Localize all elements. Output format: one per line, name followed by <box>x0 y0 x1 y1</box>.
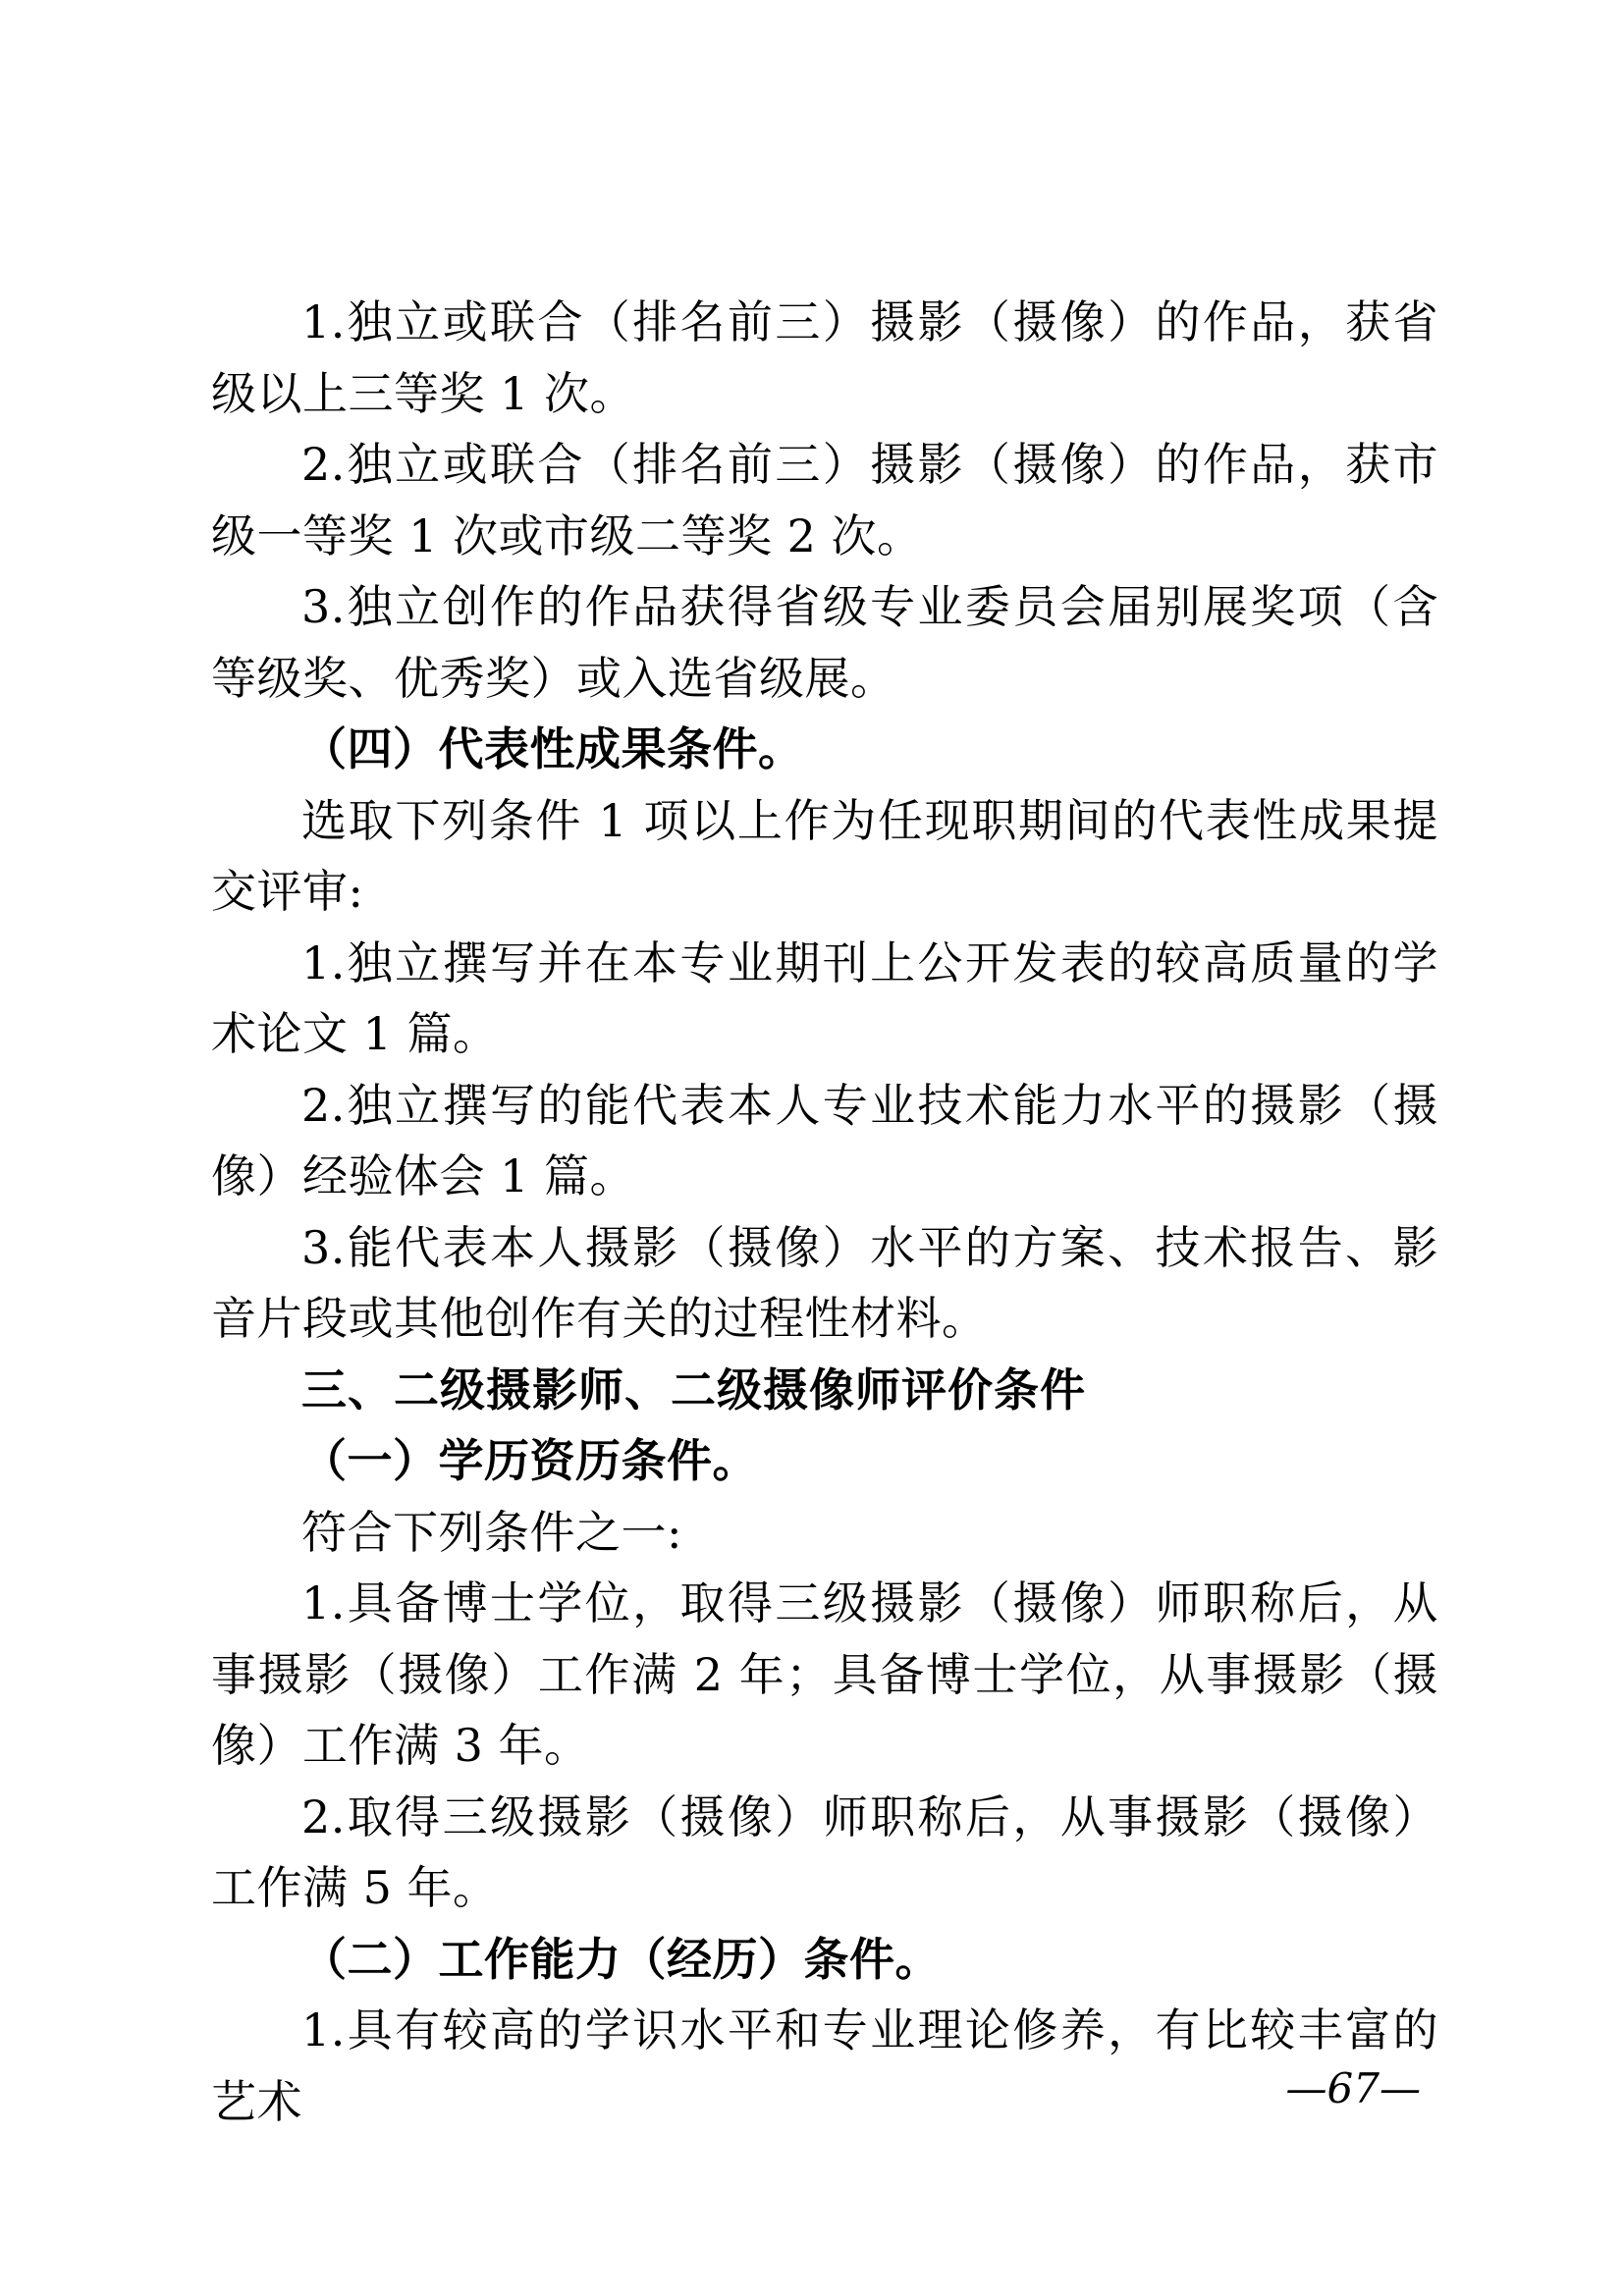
chapter-heading: 三、二级摄影师、二级摄像师评价条件 <box>211 1355 1438 1426</box>
numbered-item: 2.独立或联合（排名前三）摄影（摄像）的作品，获市级一等奖 1 次或市级二等奖 … <box>211 429 1438 571</box>
body-paragraph: 符合下列条件之一: <box>211 1497 1438 1569</box>
numbered-item: 2.取得三级摄影（摄像）师职称后，从事摄影（摄像）工作满 5 年。 <box>211 1782 1438 1924</box>
page-number: —67— <box>1286 2059 1421 2118</box>
numbered-item: 3.独立创作的作品获得省级专业委员会届别展奖项（含等级奖、优秀奖）或入选省级展。 <box>211 571 1438 714</box>
body-paragraph: 选取下列条件 1 项以上作为任现职期间的代表性成果提交评审: <box>211 785 1438 928</box>
section-heading: （四）代表性成果条件。 <box>211 714 1438 785</box>
numbered-item: 1.独立撰写并在本专业期刊上公开发表的较高质量的学术论文 1 篇。 <box>211 928 1438 1070</box>
document-page: 1.独立或联合（排名前三）摄影（摄像）的作品，获省级以上三等奖 1 次。 2.独… <box>0 0 1623 2296</box>
numbered-item: 2.独立撰写的能代表本人专业技术能力水平的摄影（摄像）经验体会 1 篇。 <box>211 1070 1438 1212</box>
document-body: 1.独立或联合（排名前三）摄影（摄像）的作品，获省级以上三等奖 1 次。 2.独… <box>211 287 1438 2137</box>
section-heading: （一）学历资历条件。 <box>211 1425 1438 1497</box>
numbered-item: 1.具备博士学位，取得三级摄影（摄像）师职称后，从事摄影（摄像）工作满 2 年；… <box>211 1568 1438 1782</box>
section-heading: （二）工作能力（经历）条件。 <box>211 1924 1438 1996</box>
numbered-item: 3.能代表本人摄影（摄像）水平的方案、技术报告、影音片段或其他创作有关的过程性材… <box>211 1212 1438 1355</box>
numbered-item: 1.独立或联合（排名前三）摄影（摄像）的作品，获省级以上三等奖 1 次。 <box>211 287 1438 429</box>
numbered-item: 1.具有较高的学识水平和专业理论修养，有比较丰富的艺术 <box>211 1995 1438 2137</box>
